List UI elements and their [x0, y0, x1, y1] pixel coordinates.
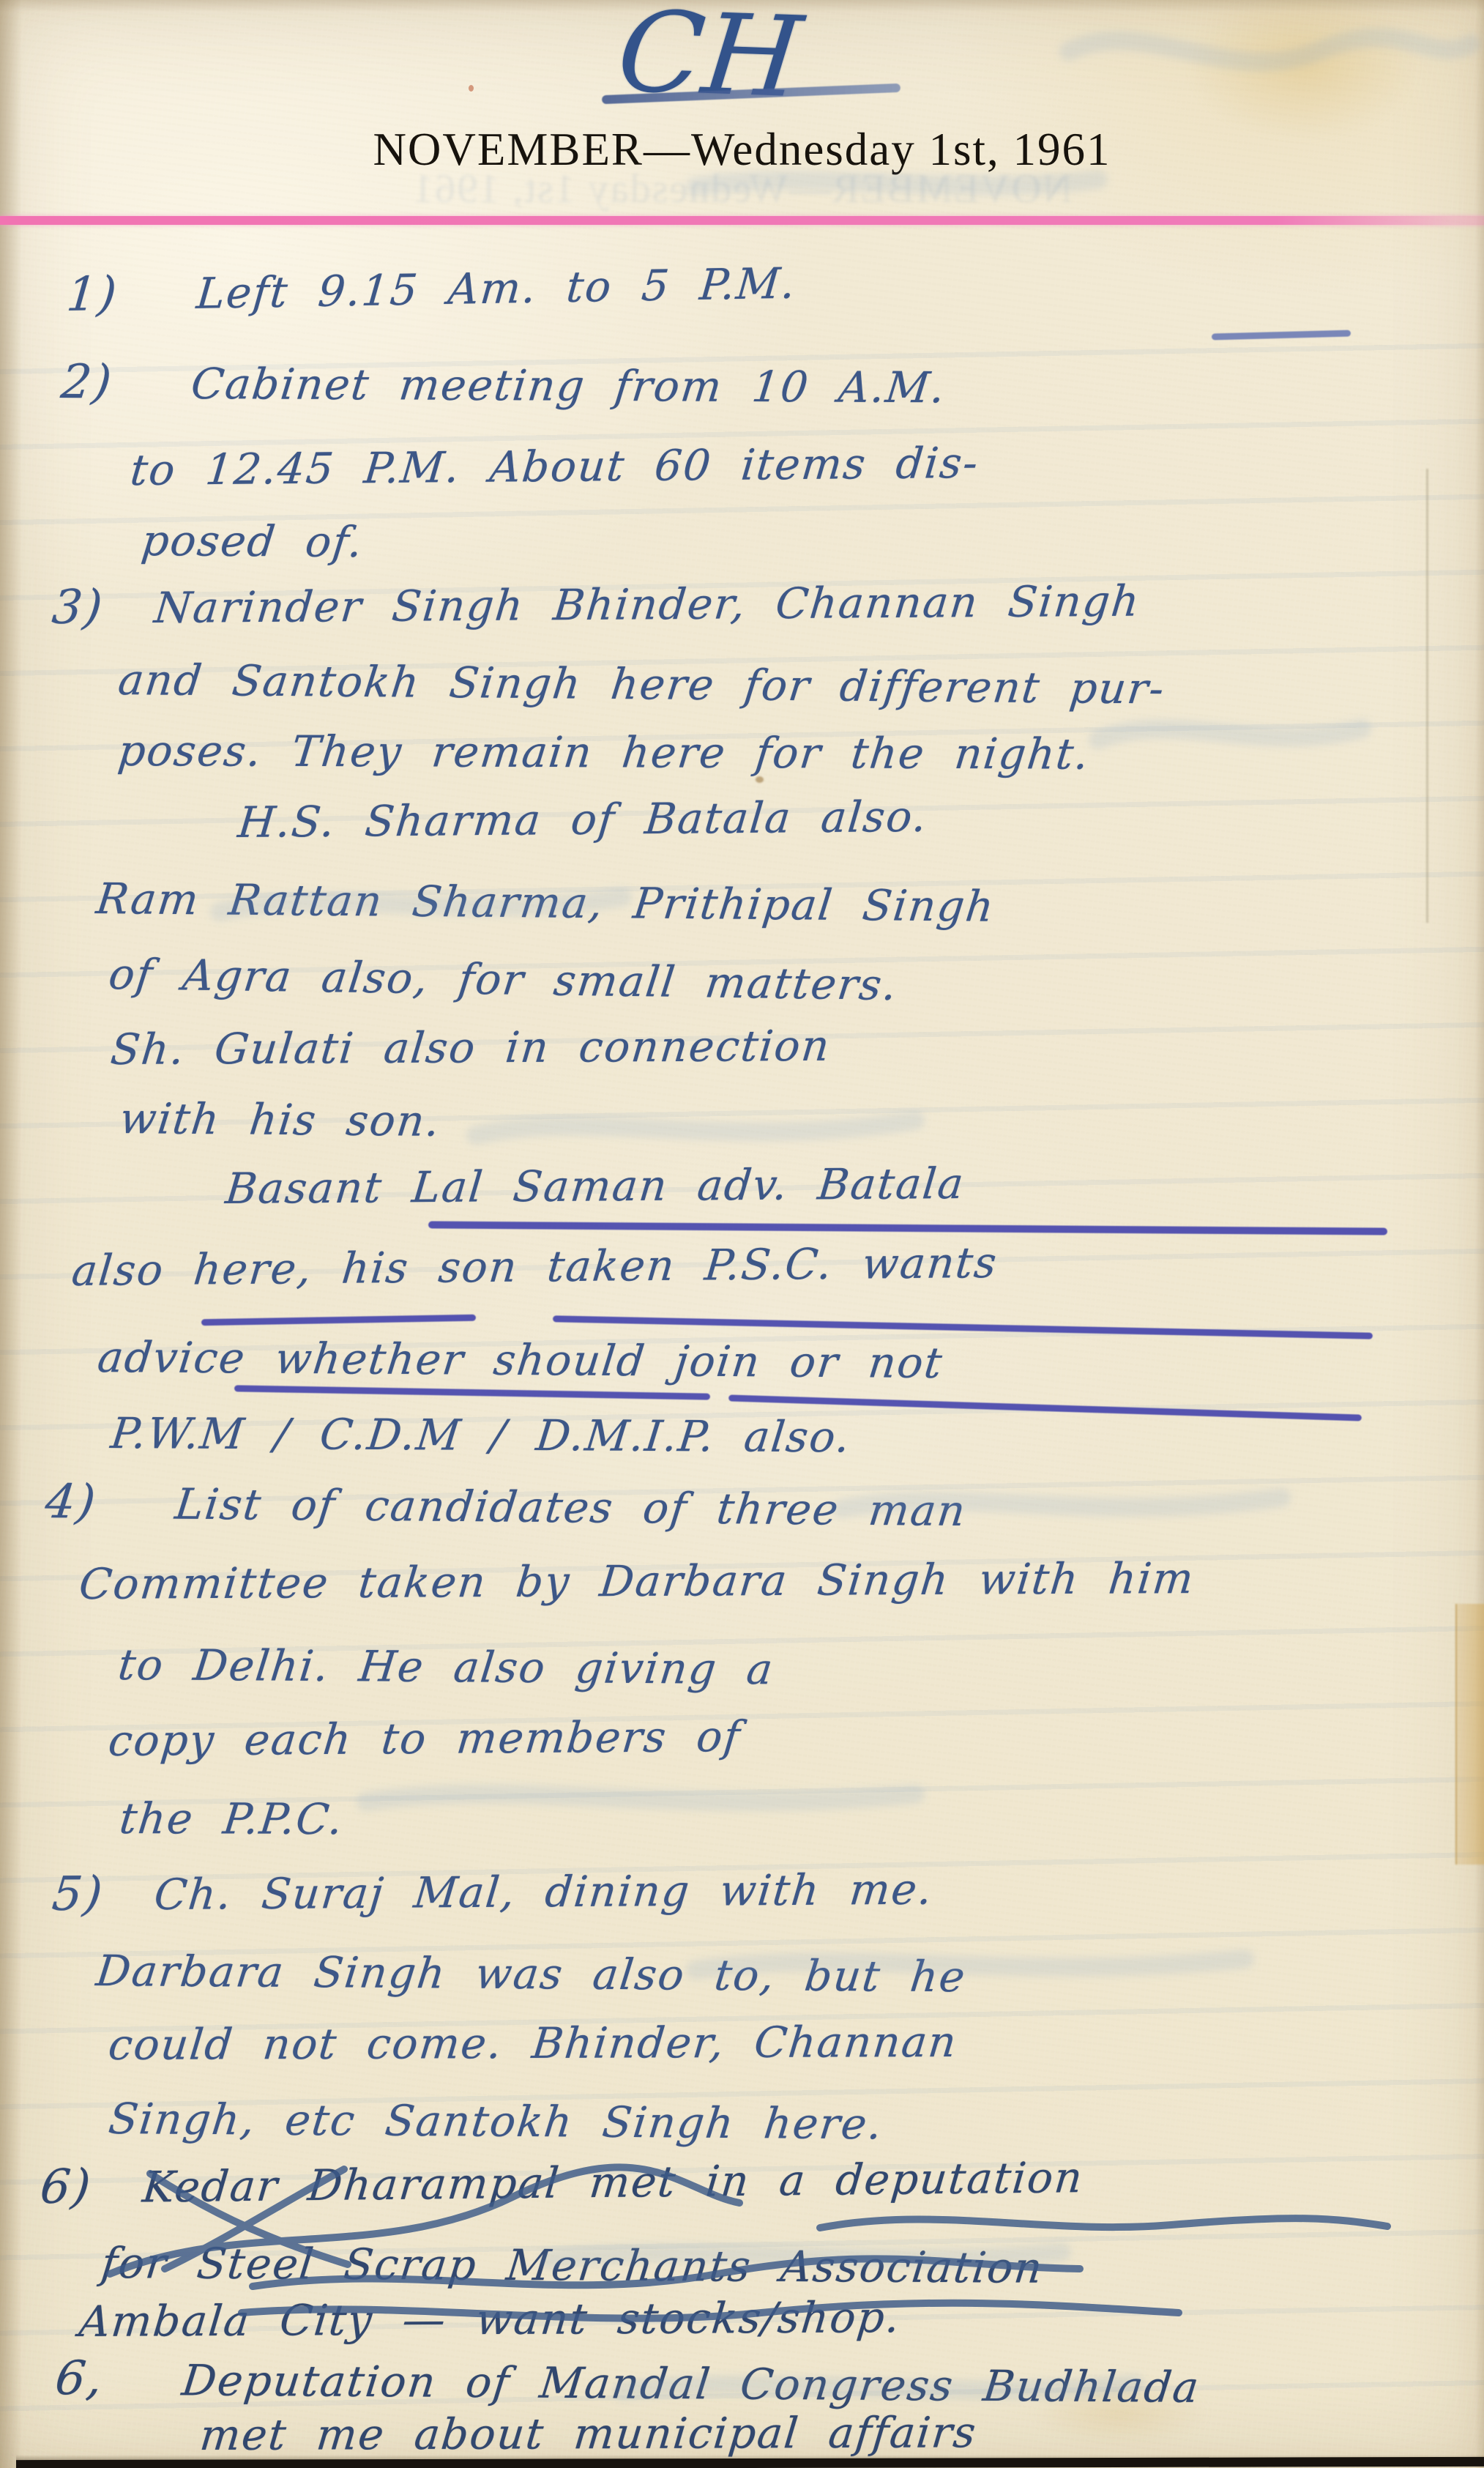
diary-line: and Santokh Singh here for different pur… [116, 654, 1168, 714]
line-text: met me about municipal affairs [198, 2407, 980, 2460]
line-text: P.W.M / C.D.M / D.M.I.P. also. [108, 1408, 854, 1462]
diary-line: poses. They remain here for the night. [116, 725, 1092, 780]
line-text: Left 9.15 Am. to 5 P.M. [195, 258, 799, 318]
line-text: Ram Rattan Sharma, Prithipal Singh [94, 874, 997, 932]
line-text: Singh, etc Santokh Singh here. [106, 2094, 886, 2149]
line-text: Committee taken by Darbara Singh with hi… [77, 1553, 1197, 1609]
line-text: poses. They remain here for the night. [116, 726, 1092, 779]
line-text: Narinder Singh Bhinder, Channan Singh [152, 576, 1143, 633]
line-text: with his son. [117, 1093, 444, 1146]
diary-line: Committee taken by Darbara Singh with hi… [77, 1553, 1197, 1610]
line-text: the P.P.C. [117, 1794, 346, 1844]
line-text: Deputation of Mandal Congress Budhlada [179, 2355, 1202, 2412]
line-text: to 12.45 P.M. About 60 items dis- [128, 438, 981, 495]
ink-underline-advice-a [234, 1385, 710, 1400]
diary-line: to 12.45 P.M. About 60 items dis- [128, 437, 982, 496]
line-text: Ambala City — want stocks/shop. [77, 2292, 903, 2346]
diary-line: Darbara Singh was also to, but he [94, 1945, 969, 2002]
ink-underline-also-here-a [201, 1315, 476, 1326]
monogram-ch: CH [612, 0, 808, 122]
entry-number: 6) [38, 2161, 94, 2213]
line-text: of Agra also, for small matters. [106, 949, 901, 1010]
line-text: and Santokh Singh here for different pur… [116, 655, 1168, 713]
diary-line: with his son. [117, 1093, 444, 1147]
diary-line: Ambala City — want stocks/shop. [77, 2292, 903, 2347]
diary-line: P.W.M / C.D.M / D.M.I.P. also. [108, 1408, 854, 1462]
tape-stain-right-edge [1455, 1604, 1484, 1865]
diary-line: met me about municipal affairs [198, 2406, 980, 2461]
line-text: Sh. Gulati also in connection [108, 1021, 832, 1074]
line-text: Ch. Suraj Mal, dining with me. [152, 1865, 936, 1919]
line-text: H.S. Sharma of Batala also. [236, 792, 930, 847]
diary-line: H.S. Sharma of Batala also. [236, 791, 930, 848]
diary-line: could not come. Bhinder, Channan [106, 2016, 960, 2070]
entry-number: 6, [53, 2353, 106, 2404]
page-edge-shadow-left [0, 0, 22, 2468]
diary-line: to Delhi. He also giving a [116, 1639, 777, 1695]
diary-line: the P.P.C. [117, 1793, 346, 1845]
diary-line: 6)Kedar Dharampal met in a deputation [38, 2151, 1086, 2214]
entry-number: 2) [59, 357, 115, 408]
page-fold-line [1426, 469, 1428, 923]
line-text: copy each to members of [106, 1711, 743, 1766]
diary-line: 2)Cabinet meeting from 10 A.M. [59, 357, 949, 413]
diary-line: advice whether should join or not [95, 1331, 946, 1389]
line-text: posed of. [139, 516, 366, 567]
line-text: also here, his son taken P.S.C. wants [70, 1238, 1000, 1296]
line-text: could not come. Bhinder, Channan [106, 2017, 960, 2070]
entry-number: 3) [50, 581, 106, 633]
diary-line: 5)Ch. Suraj Mal, dining with me. [50, 1863, 936, 1921]
diary-line: posed of. [139, 515, 366, 568]
diary-line: 4)List of candidates of three man [42, 1476, 969, 1536]
diary-line: copy each to members of [106, 1711, 744, 1766]
entry-number: 5) [50, 1868, 106, 1920]
diary-line: also here, his son taken P.S.C. wants [70, 1237, 1000, 1296]
diary-line: Sh. Gulati also in connection [108, 1020, 833, 1075]
diary-line: Basant Lal Saman adv. Batala [223, 1158, 967, 1214]
line-text: Darbara Singh was also to, but he [94, 1946, 969, 2001]
ink-speck [469, 85, 474, 92]
ink-underline-5pm [1212, 330, 1351, 341]
diary-line: Ram Rattan Sharma, Prithipal Singh [94, 873, 998, 932]
ink-underline-basant [428, 1221, 1387, 1235]
printed-date-header: NOVEMBER—Wednesday 1st, 1961 [0, 123, 1484, 176]
diary-line: 6,Deputation of Mandal Congress Budhlada [53, 2353, 1203, 2413]
line-text: Cabinet meeting from 10 A.M. [189, 359, 949, 412]
line-text: Kedar Dharampal met in a deputation [141, 2152, 1086, 2212]
pink-rule-line [0, 216, 1484, 225]
diary-line: for Steel Scrap Merchants Association [99, 2237, 1046, 2294]
diary-line: of Agra also, for small matters. [106, 948, 901, 1011]
line-text: Basant Lal Saman adv. Batala [223, 1159, 967, 1213]
line-text: to Delhi. He also giving a [116, 1640, 777, 1694]
entry-number: 4) [42, 1476, 100, 1528]
diary-page-scan: NOVEMBER—Wednesday 1st, 1961 CH NOVEMBER… [0, 0, 1484, 2468]
diary-line: 3)Narinder Singh Bhinder, Channan Singh [50, 575, 1143, 634]
line-text: for Steel Scrap Merchants Association [99, 2238, 1046, 2293]
page-edge-shadow-right [1475, 0, 1484, 2468]
diary-line: 1)Left 9.15 Am. to 5 P.M. [64, 256, 799, 321]
line-text: List of candidates of three man [173, 1479, 969, 1536]
entry-number: 1) [64, 269, 120, 321]
diary-line: Singh, etc Santokh Singh here. [106, 2093, 886, 2149]
line-text: advice whether should join or not [95, 1332, 946, 1388]
